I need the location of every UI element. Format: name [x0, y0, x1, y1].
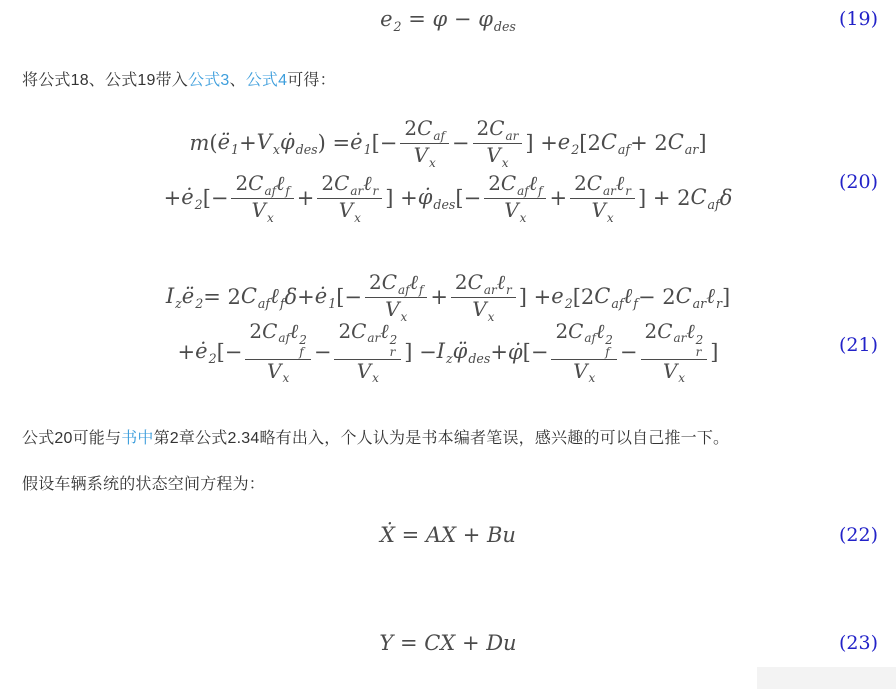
math-token: +	[430, 284, 448, 310]
math-token: ]	[698, 130, 706, 156]
math-token: Vx	[339, 198, 361, 222]
equation-line: + ė2[−2Cafℓ2fVx − 2Carℓ2rVx] − Izφ̈des +…	[0, 325, 896, 380]
math-token: AX	[426, 523, 456, 547]
math-token: ] +	[385, 185, 417, 211]
math-token: [−	[203, 185, 229, 211]
math-token: +	[455, 631, 486, 655]
math-token: =	[402, 7, 433, 31]
equation-body: m(ë1 + Vxφ̇des) = ė1[−2CafVx − 2CarVx] +…	[0, 116, 896, 226]
math-token: Vx	[663, 359, 685, 383]
math-token: ℓf	[529, 171, 543, 195]
math-token: 2	[477, 116, 490, 140]
fraction: 2CafℓfVx	[484, 172, 546, 225]
math-token: = 2	[203, 284, 241, 310]
equation-number: (23)	[839, 632, 878, 654]
math-token: ℓ2r	[380, 319, 397, 343]
math-token: e2	[380, 7, 401, 31]
math-token: ℓf	[410, 270, 424, 294]
math-token: φdes	[478, 7, 516, 31]
fraction: 2Carℓ2rVx	[641, 320, 708, 386]
inline-link[interactable]: 公式4	[246, 72, 288, 89]
math-token: Y	[379, 631, 393, 655]
fraction: 2CarℓrVx	[317, 172, 382, 225]
text-segment: 假设车辆系统的状态空间方程为：	[22, 476, 265, 493]
math-token: Caf	[594, 283, 623, 312]
math-token: Vx	[267, 359, 289, 383]
math-token: Vx	[591, 198, 613, 222]
equation-body: Ẋ = AX + Bu	[0, 520, 896, 550]
text-segment: 可得：	[287, 72, 336, 89]
math-token: [−	[523, 339, 549, 365]
math-token: ℓf	[276, 171, 290, 195]
math-token: Bu	[487, 523, 516, 547]
fraction: 2CafℓfVx	[365, 271, 427, 324]
math-token: Ẋ	[380, 523, 395, 547]
equation-19: e2 = φ − φdes (19)	[0, 4, 896, 34]
math-token: Vx	[252, 198, 274, 222]
fraction: 2CarVx	[473, 117, 523, 170]
math-token: ]	[722, 284, 730, 310]
math-token: [2	[579, 130, 601, 156]
math-token: ] +	[525, 130, 557, 156]
math-token: +	[456, 523, 487, 547]
fraction: 2CarℓrVx	[570, 172, 635, 225]
math-token: −	[447, 7, 478, 31]
equation-20: m(ë1 + Vxφ̇des) = ė1[−2CafVx − 2CarVx] +…	[0, 116, 896, 226]
math-token: ℓ2r	[686, 319, 703, 343]
math-token: Vx	[257, 129, 280, 158]
math-token: δ	[720, 185, 733, 211]
math-token: φ	[433, 7, 448, 31]
text-segment: 公式20可能与	[22, 430, 121, 447]
equation-23: Y = CX + Du (23)	[0, 628, 896, 658]
math-token: Caf	[417, 116, 445, 140]
math-token: ė1	[350, 129, 371, 158]
math-token: Car	[668, 129, 699, 158]
fraction: 2CarℓrVx	[451, 271, 516, 324]
math-token: [−	[336, 284, 362, 310]
equation-number: (19)	[839, 8, 878, 30]
math-token: +	[490, 339, 508, 365]
math-token: +	[549, 185, 567, 211]
text-segment: 将公式18、公式19带入	[22, 72, 188, 89]
math-token: Car	[351, 319, 380, 343]
math-token: Caf	[262, 319, 290, 343]
math-token: Caf	[568, 319, 596, 343]
equation-body: e2 = φ − φdes	[0, 4, 896, 34]
math-token: Caf	[690, 184, 719, 213]
math-token: +	[297, 185, 315, 211]
floating-widget-partial[interactable]	[757, 667, 896, 689]
paragraph-intro-formulas: 将公式18、公式19带入公式3、公式4可得：	[0, 70, 896, 92]
math-token: Vx	[504, 198, 526, 222]
math-token: Vx	[486, 143, 508, 167]
math-token: =	[393, 631, 424, 655]
math-token: ℓ2f	[290, 319, 307, 343]
math-token: Car	[657, 319, 686, 343]
equation-number: (21)	[839, 334, 878, 356]
math-token: 2	[249, 319, 262, 343]
text-segment: 、	[230, 72, 246, 89]
math-token: 2	[455, 270, 468, 294]
text-segment: 第2章公式2.34略有出入，个人认为是书本编者笔误，感兴趣的可以自己推一下。	[154, 430, 730, 447]
math-token: ) =	[318, 130, 350, 156]
equation-body: Izë2 = 2Cafℓfδ + ė1[−2CafℓfVx + 2CarℓrVx…	[0, 270, 896, 380]
math-token: Car	[676, 283, 707, 312]
math-token: ė1	[315, 283, 336, 312]
math-token: + 2	[630, 130, 668, 156]
equation-line: Ẋ = AX + Bu	[0, 520, 896, 550]
math-token: ë1	[218, 129, 239, 158]
math-token: Vx	[472, 297, 494, 321]
math-token: ℓr	[616, 171, 631, 195]
math-token: φ̇des	[418, 184, 456, 213]
math-token: CX	[424, 631, 455, 655]
math-token: Iz	[437, 338, 453, 367]
math-token: − 2	[638, 284, 676, 310]
math-token: [−	[217, 339, 243, 365]
equation-line: m(ë1 + Vxφ̇des) = ė1[−2CafVx − 2CarVx] +…	[0, 116, 896, 171]
math-token: Car	[489, 116, 518, 140]
math-token: Car	[587, 171, 616, 195]
math-token: +	[178, 339, 196, 365]
equation-number: (20)	[839, 171, 878, 193]
math-token: ] −	[404, 339, 436, 365]
fraction: 2Carℓ2rVx	[334, 320, 401, 386]
math-token: ℓf	[624, 283, 638, 312]
math-token: +	[164, 185, 182, 211]
math-token: ė2	[195, 338, 216, 367]
math-token: 2	[369, 270, 382, 294]
math-token: (	[209, 130, 217, 156]
math-token: Vx	[414, 143, 436, 167]
math-token: −	[620, 339, 638, 365]
math-token: ℓr	[706, 283, 722, 312]
math-token: φ̈des	[453, 338, 491, 367]
equation-line: Izë2 = 2Cafℓfδ + ė1[−2CafℓfVx + 2CarℓrVx…	[0, 270, 896, 325]
math-token: 2	[555, 319, 568, 343]
math-token: Iz	[166, 283, 182, 312]
math-token: Vx	[357, 359, 379, 383]
article-content: e2 = φ − φdes (19) 将公式18、公式19带入公式3、公式4可得…	[0, 4, 896, 689]
math-token: φ̇des	[280, 129, 318, 158]
equation-line: Y = CX + Du	[0, 628, 896, 658]
math-token: 2	[404, 116, 417, 140]
math-token: 2	[235, 171, 248, 195]
equation-line: + ė2[−2CafℓfVx + 2CarℓrVx] + φ̇des[−2Caf…	[0, 171, 896, 226]
math-token: 2	[645, 319, 658, 343]
math-token: Caf	[382, 270, 410, 294]
math-token: ] + 2	[638, 185, 691, 211]
math-token: ]	[710, 339, 718, 365]
math-token: ] +	[519, 284, 551, 310]
equation-number: (22)	[839, 524, 878, 546]
math-token: Car	[334, 171, 363, 195]
paragraph-errata-note: 公式20可能与书中第2章公式2.34略有出入，个人认为是书本编者笔误，感兴趣的可…	[0, 428, 896, 450]
paragraph-state-space-intro: 假设车辆系统的状态空间方程为：	[0, 474, 896, 496]
equation-21: Izë2 = 2Cafℓfδ + ė1[−2CafℓfVx + 2CarℓrVx…	[0, 270, 896, 380]
fraction: 2Cafℓ2fVx	[245, 320, 310, 386]
math-token: e2	[558, 129, 579, 158]
fraction: 2CafVx	[400, 117, 449, 170]
equation-body: Y = CX + Du	[0, 628, 896, 658]
math-token: Du	[486, 631, 516, 655]
math-token: ℓf	[270, 283, 284, 312]
math-token: +	[239, 130, 257, 156]
math-token: Vx	[573, 359, 595, 383]
inline-link[interactable]: 公式3	[188, 72, 230, 89]
math-token: [2	[573, 284, 595, 310]
math-token: +	[297, 284, 315, 310]
math-token: Vx	[385, 297, 407, 321]
math-token: [−	[372, 130, 398, 156]
math-token: Caf	[601, 129, 630, 158]
inline-link[interactable]: 书中	[121, 430, 153, 447]
math-token: 2	[488, 171, 501, 195]
fraction: 2Cafℓ2fVx	[551, 320, 616, 386]
math-token: ℓ2f	[596, 319, 613, 343]
math-token: Caf	[501, 171, 529, 195]
math-token: ë2	[182, 283, 203, 312]
math-token: ė2	[181, 184, 202, 213]
math-token: ℓr	[497, 270, 512, 294]
math-token: e2	[551, 283, 572, 312]
math-token: ℓr	[363, 171, 378, 195]
fraction: 2CafℓfVx	[231, 172, 293, 225]
math-token: Car	[468, 270, 497, 294]
math-token: 2	[321, 171, 334, 195]
math-token: =	[395, 523, 426, 547]
math-token: m	[189, 130, 209, 156]
math-token: −	[452, 130, 470, 156]
math-token: φ̇	[508, 339, 523, 365]
math-token: −	[314, 339, 332, 365]
math-token: δ	[285, 284, 298, 310]
math-token: Caf	[241, 283, 270, 312]
math-token: 2	[574, 171, 587, 195]
equation-22: Ẋ = AX + Bu (22)	[0, 520, 896, 550]
math-token: [−	[455, 185, 481, 211]
math-token: 2	[338, 319, 351, 343]
equation-line: e2 = φ − φdes	[0, 4, 896, 34]
math-token: Caf	[248, 171, 276, 195]
